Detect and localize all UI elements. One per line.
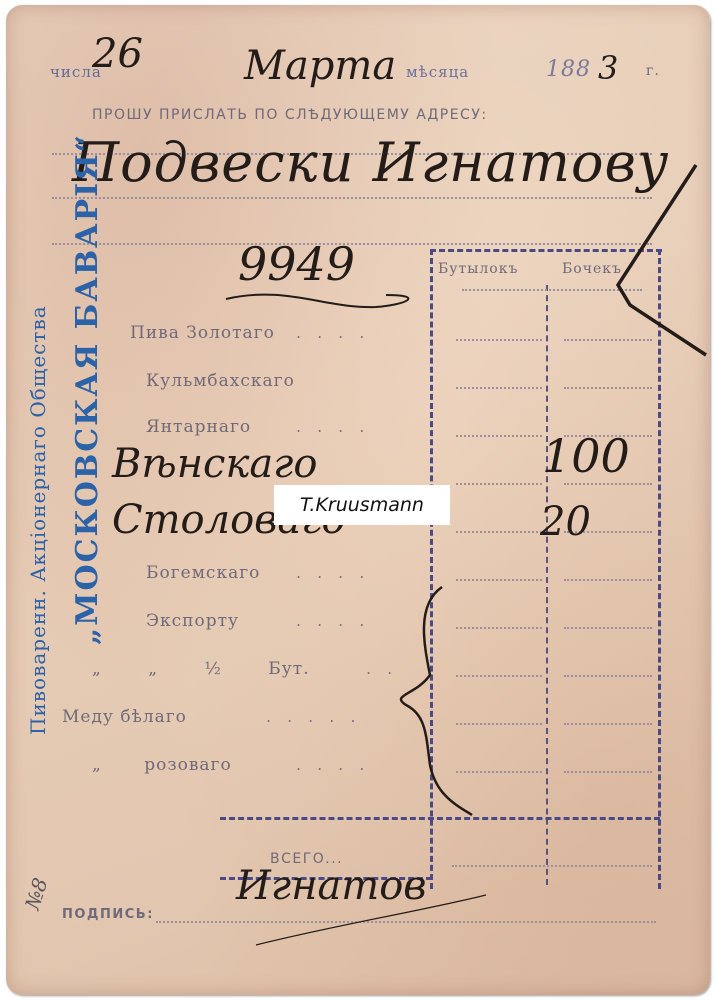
qty-venskago-barrels: 100: [542, 429, 630, 483]
row-label-venskago: Вѣнскаго: [112, 441, 317, 487]
leader-dots: .....: [266, 707, 371, 726]
row-rule: [456, 723, 542, 725]
table-middle-rule: [546, 285, 548, 885]
row-label-zolotago: Пива Золотаго: [130, 323, 275, 343]
order-number: 9949: [238, 237, 355, 291]
year-handwritten: 3: [598, 49, 618, 87]
row-label-bogemskago: Богемскаго: [146, 563, 260, 583]
row-label-med-rozovago: „ розоваго: [92, 755, 232, 775]
row-rule: [456, 435, 542, 437]
row-rule: [564, 483, 652, 485]
issuer-line-2: „МОСКОВСКАЯ БАВАРІЯ“: [70, 133, 105, 645]
total-top-rule: [220, 817, 660, 820]
header-underline: [462, 289, 642, 291]
row-rule: [564, 723, 652, 725]
total-line: [452, 865, 652, 867]
row-rule: [564, 579, 652, 581]
address-prompt: ПРОШУ ПРИСЛАТЬ ПО СЛѢДУЮЩЕМУ АДРЕСУ:: [92, 107, 488, 123]
row-rule: [564, 339, 652, 341]
row-rule: [456, 387, 542, 389]
leader-dots: ..: [366, 659, 408, 678]
row-rule: [456, 627, 542, 629]
column-header-barrels: Бочекъ: [562, 261, 622, 277]
month-label: мѣсяца: [406, 63, 469, 81]
watermark: T.Kruusmann: [274, 485, 450, 525]
leader-dots: ....: [296, 417, 380, 436]
row-label-half-bottle: „ „ ½ Бут.: [92, 659, 310, 679]
row-rule: [456, 483, 542, 485]
table-left-rule: [430, 249, 433, 889]
row-rule: [564, 675, 652, 677]
leader-dots: ....: [296, 755, 380, 774]
table-right-rule: [658, 249, 661, 889]
row-rule: [456, 675, 542, 677]
signature-handwritten: Игнатов: [236, 863, 427, 909]
row-rule: [456, 771, 542, 773]
row-rule: [456, 339, 542, 341]
row-label-kulmbach: Кульмбахскаго: [146, 371, 295, 391]
row-label-med-belago: Меду бѣлаго: [62, 707, 187, 727]
table-top-rule: [430, 249, 662, 252]
leader-dots: ....: [296, 323, 380, 342]
margin-note: №8: [20, 875, 53, 913]
year-suffix: г.: [646, 63, 660, 79]
column-header-bottles: Бутылокъ: [438, 261, 518, 277]
signature-line: [156, 921, 656, 923]
row-label-yantarnago: Янтарнаго: [146, 417, 251, 437]
row-label-eksportu: Экспорту: [146, 611, 239, 631]
signature-label: ПОДПИСЬ:: [62, 907, 154, 922]
address-line-2: [52, 197, 652, 199]
order-card: числа 26 Марта мѣсяца 188 3 г. ПРОШУ ПРИ…: [6, 5, 710, 995]
leader-dots: ....: [296, 611, 380, 630]
qty-stolovago-barrels: 20: [540, 499, 591, 545]
issuer-line-1: Пивоваренн. Акціонернаго Общества: [26, 305, 50, 735]
leader-dots: ....: [296, 563, 380, 582]
row-rule: [456, 579, 542, 581]
row-rule: [564, 627, 652, 629]
address-handwritten: Подвески Игнатову: [72, 131, 669, 194]
year-printed: 188: [546, 57, 591, 82]
date-day: 26: [92, 31, 143, 77]
date-month: Марта: [244, 43, 396, 89]
row-rule: [564, 387, 652, 389]
row-rule: [456, 531, 542, 533]
row-rule: [564, 771, 652, 773]
